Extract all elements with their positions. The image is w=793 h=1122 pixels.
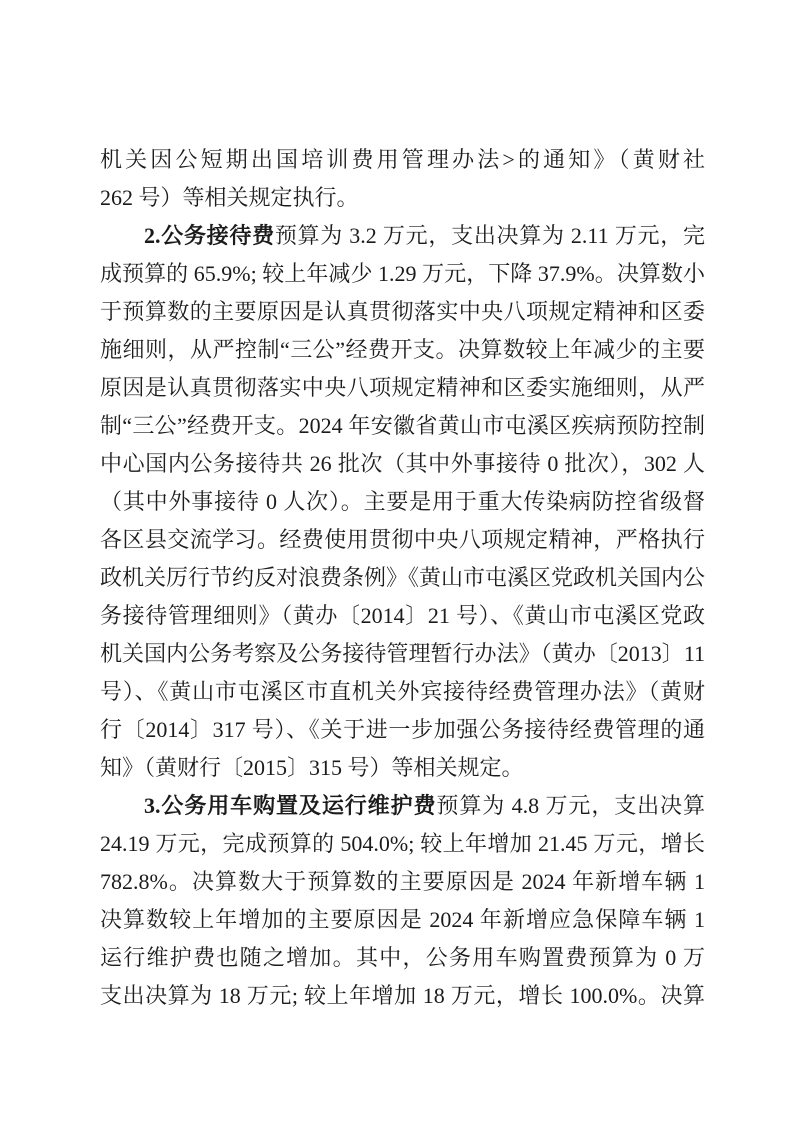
body-text: 知》（黄财行〔2015〕315 号）等相关规定。	[100, 755, 524, 780]
text-line: 号）、《黄山市屯溪区市直机关外宾接待经费管理办法》（黄财	[100, 673, 705, 711]
text-line: 运行维护费也随之增加。其中，公务用车购置费预算为 0 万元，	[100, 939, 705, 977]
body-text: 决算数较上年增加的主要原因是 2024 年新增应急保障车辆 1 辆，	[100, 907, 705, 939]
body-text: 于预算数的主要原因是认真贯彻落实中央八项规定精神和区委实	[100, 299, 705, 331]
body-text: 务接待管理细则》（黄办〔2014〕21 号）、《黄山市屯溪区党政	[100, 603, 705, 628]
body-text: 制“三公”经费开支。2024 年安徽省黄山市屯溪区疾病预防控制	[100, 413, 705, 438]
text-line: 支出决算为 18 万元; 较上年增加 18 万元，增长 100.0%。决算数	[100, 977, 705, 1015]
text-line: 机关国内公务考察及公务接待管理暂行办法》（黄办〔2013〕11	[100, 635, 705, 673]
text-line: 各区县交流学习。经费使用贯彻中央八项规定精神，严格执行《党	[100, 521, 705, 559]
text-line: 机关因公短期出国培训费用管理办法>的通知》（黄财社〔2014〕	[100, 141, 705, 179]
body-text: 782.8%。决算数大于预算数的主要原因是 2024 年新增车辆 1 辆。	[100, 869, 705, 901]
text-line: 原因是认真贯彻落实中央八项规定精神和区委实施细则，从严控	[100, 369, 705, 407]
body-text: 原因是认真贯彻落实中央八项规定精神和区委实施细则，从严控	[100, 375, 705, 407]
body-text: 施细则，从严控制“三公”经费开支。决算数较上年减少的主要	[100, 337, 705, 362]
text-line: 中心国内公务接待共 26 批次（其中外事接待 0 批次），302 人次	[100, 445, 705, 483]
paragraph-regulations-continuation: 机关因公短期出国培训费用管理办法>的通知》（黄财社〔2014〕262 号）等相关…	[100, 141, 705, 217]
section-heading-lead: 3.公务用车购置及运行维护费	[144, 793, 436, 818]
text-line: 于预算数的主要原因是认真贯彻落实中央八项规定精神和区委实	[100, 293, 705, 331]
body-text: 运行维护费也随之增加。其中，公务用车购置费预算为 0 万元，	[100, 945, 705, 977]
text-line: 782.8%。决算数大于预算数的主要原因是 2024 年新增车辆 1 辆。	[100, 863, 705, 901]
document-body: 机关因公短期出国培训费用管理办法>的通知》（黄财社〔2014〕262 号）等相关…	[100, 141, 705, 1015]
document-page: 机关因公短期出国培训费用管理办法>的通知》（黄财社〔2014〕262 号）等相关…	[0, 0, 793, 1122]
paragraph-2-official-reception-expense: 2.公务接待费预算为 3.2 万元，支出决算为 2.11 万元，完成预算的 65…	[100, 217, 705, 787]
body-text: 政机关厉行节约反对浪费条例》《黄山市屯溪区党政机关国内公	[100, 565, 705, 590]
body-text: 中心国内公务接待共 26 批次（其中外事接待 0 批次），302 人次	[100, 451, 705, 483]
text-line: （其中外事接待 0 人次）。主要是用于重大传染病防控省级督导;	[100, 483, 705, 521]
body-text: 行〔2014〕317 号）、《关于进一步加强公务接待经费管理的通	[100, 717, 705, 742]
body-text: 机关国内公务考察及公务接待管理暂行办法》（黄办〔2013〕11	[100, 641, 705, 666]
text-line: 知》（黄财行〔2015〕315 号）等相关规定。	[100, 749, 705, 787]
text-line: 务接待管理细则》（黄办〔2014〕21 号）、《黄山市屯溪区党政	[100, 597, 705, 635]
text-line: 行〔2014〕317 号）、《关于进一步加强公务接待经费管理的通	[100, 711, 705, 749]
body-text: 各区县交流学习。经费使用贯彻中央八项规定精神，严格执行《党	[100, 527, 705, 559]
body-text: 支出决算为 18 万元; 较上年增加 18 万元，增长 100.0%。决算数	[100, 983, 705, 1015]
body-text: 成预算的 65.9%; 较上年减少 1.29 万元，下降 37.9%。决算数小	[100, 261, 705, 286]
body-text: 机关因公短期出国培训费用管理办法>的通知》（黄财社〔2014〕	[100, 147, 705, 179]
body-text: 24.19 万元，完成预算的 504.0%; 较上年增加 21.45 万元，增长	[100, 831, 705, 856]
text-line: 2.公务接待费预算为 3.2 万元，支出决算为 2.11 万元，完	[100, 217, 705, 255]
body-text: （其中外事接待 0 人次）。主要是用于重大传染病防控省级督导;	[100, 489, 705, 521]
text-line: 决算数较上年增加的主要原因是 2024 年新增应急保障车辆 1 辆，	[100, 901, 705, 939]
section-heading-lead: 2.公务接待费	[144, 223, 275, 248]
text-line: 262 号）等相关规定执行。	[100, 179, 705, 217]
paragraph-3-official-vehicle-expense: 3.公务用车购置及运行维护费预算为 4.8 万元，支出决算为24.19 万元，完…	[100, 787, 705, 1015]
text-line: 政机关厉行节约反对浪费条例》《黄山市屯溪区党政机关国内公	[100, 559, 705, 597]
text-line: 成预算的 65.9%; 较上年减少 1.29 万元，下降 37.9%。决算数小	[100, 255, 705, 293]
body-text: 号）、《黄山市屯溪区市直机关外宾接待经费管理办法》（黄财	[100, 679, 705, 704]
body-text: 预算为 3.2 万元，支出决算为 2.11 万元，完	[275, 223, 705, 248]
text-line: 24.19 万元，完成预算的 504.0%; 较上年增加 21.45 万元，增长	[100, 825, 705, 863]
text-line: 施细则，从严控制“三公”经费开支。决算数较上年减少的主要	[100, 331, 705, 369]
body-text: 262 号）等相关规定执行。	[100, 185, 359, 210]
text-line: 制“三公”经费开支。2024 年安徽省黄山市屯溪区疾病预防控制	[100, 407, 705, 445]
text-line: 3.公务用车购置及运行维护费预算为 4.8 万元，支出决算为	[100, 787, 705, 825]
